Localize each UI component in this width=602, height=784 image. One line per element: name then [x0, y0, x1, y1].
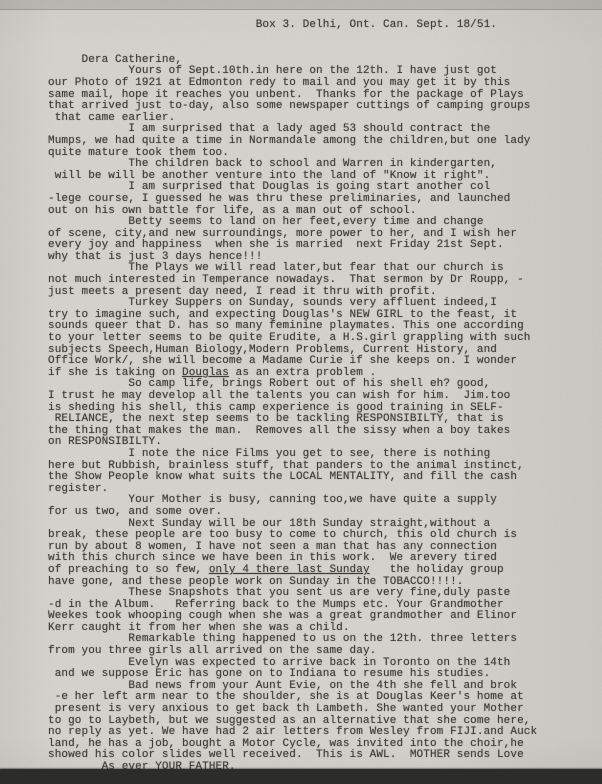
letter-line: of preaching to so few, only 4 there las… [48, 565, 602, 577]
letter-line: for us two, and some over. [48, 507, 602, 519]
scanned-letter-page: Box 3. Delhi, Ont. Can. Sept. 18/51. Der… [0, 0, 602, 784]
letter-line: I note the nice Films you get to see, th… [48, 449, 602, 461]
underlined-text: Douglas [182, 367, 229, 379]
letter-line: -lege course, I guessed he was thru thes… [48, 194, 602, 206]
letter-line: These Snapshots that you sent us are ver… [48, 588, 602, 600]
letter-line: the Show People know what suits the LOCA… [48, 472, 602, 484]
letter-line [48, 32, 602, 44]
letter-line: not much interested in Temperance nowada… [48, 275, 602, 287]
scan-bottom-edge [0, 769, 602, 784]
letter-line: Betty seems to land on her feet,every ti… [48, 217, 602, 229]
letter-line: break, these people are too busy to come… [48, 530, 602, 542]
letter-line: to your letter seems to be quite Erudite… [48, 333, 602, 345]
letter-line: our Photo of 1921 at Edmonton redy to ma… [48, 78, 602, 90]
letter-line: The children back to school and Warren i… [48, 159, 602, 171]
letter-line: that arrived just to-day, also some news… [48, 101, 602, 113]
letter-line: from you three girls all arrived on the … [48, 646, 602, 658]
letter-line: Mumps, we had quite a time in Normandale… [48, 136, 602, 148]
underlined-text: only 4 there last Sunday [209, 564, 370, 576]
scan-top-edge [0, 0, 602, 10]
letter-line: Box 3. Delhi, Ont. Can. Sept. 18/51. [48, 20, 602, 32]
letter-line: I trust he may develop all the talents y… [48, 391, 602, 403]
letter-line: present is very anxious to get back th L… [48, 704, 602, 716]
letter-body: Box 3. Delhi, Ont. Can. Sept. 18/51. Der… [48, 20, 602, 774]
